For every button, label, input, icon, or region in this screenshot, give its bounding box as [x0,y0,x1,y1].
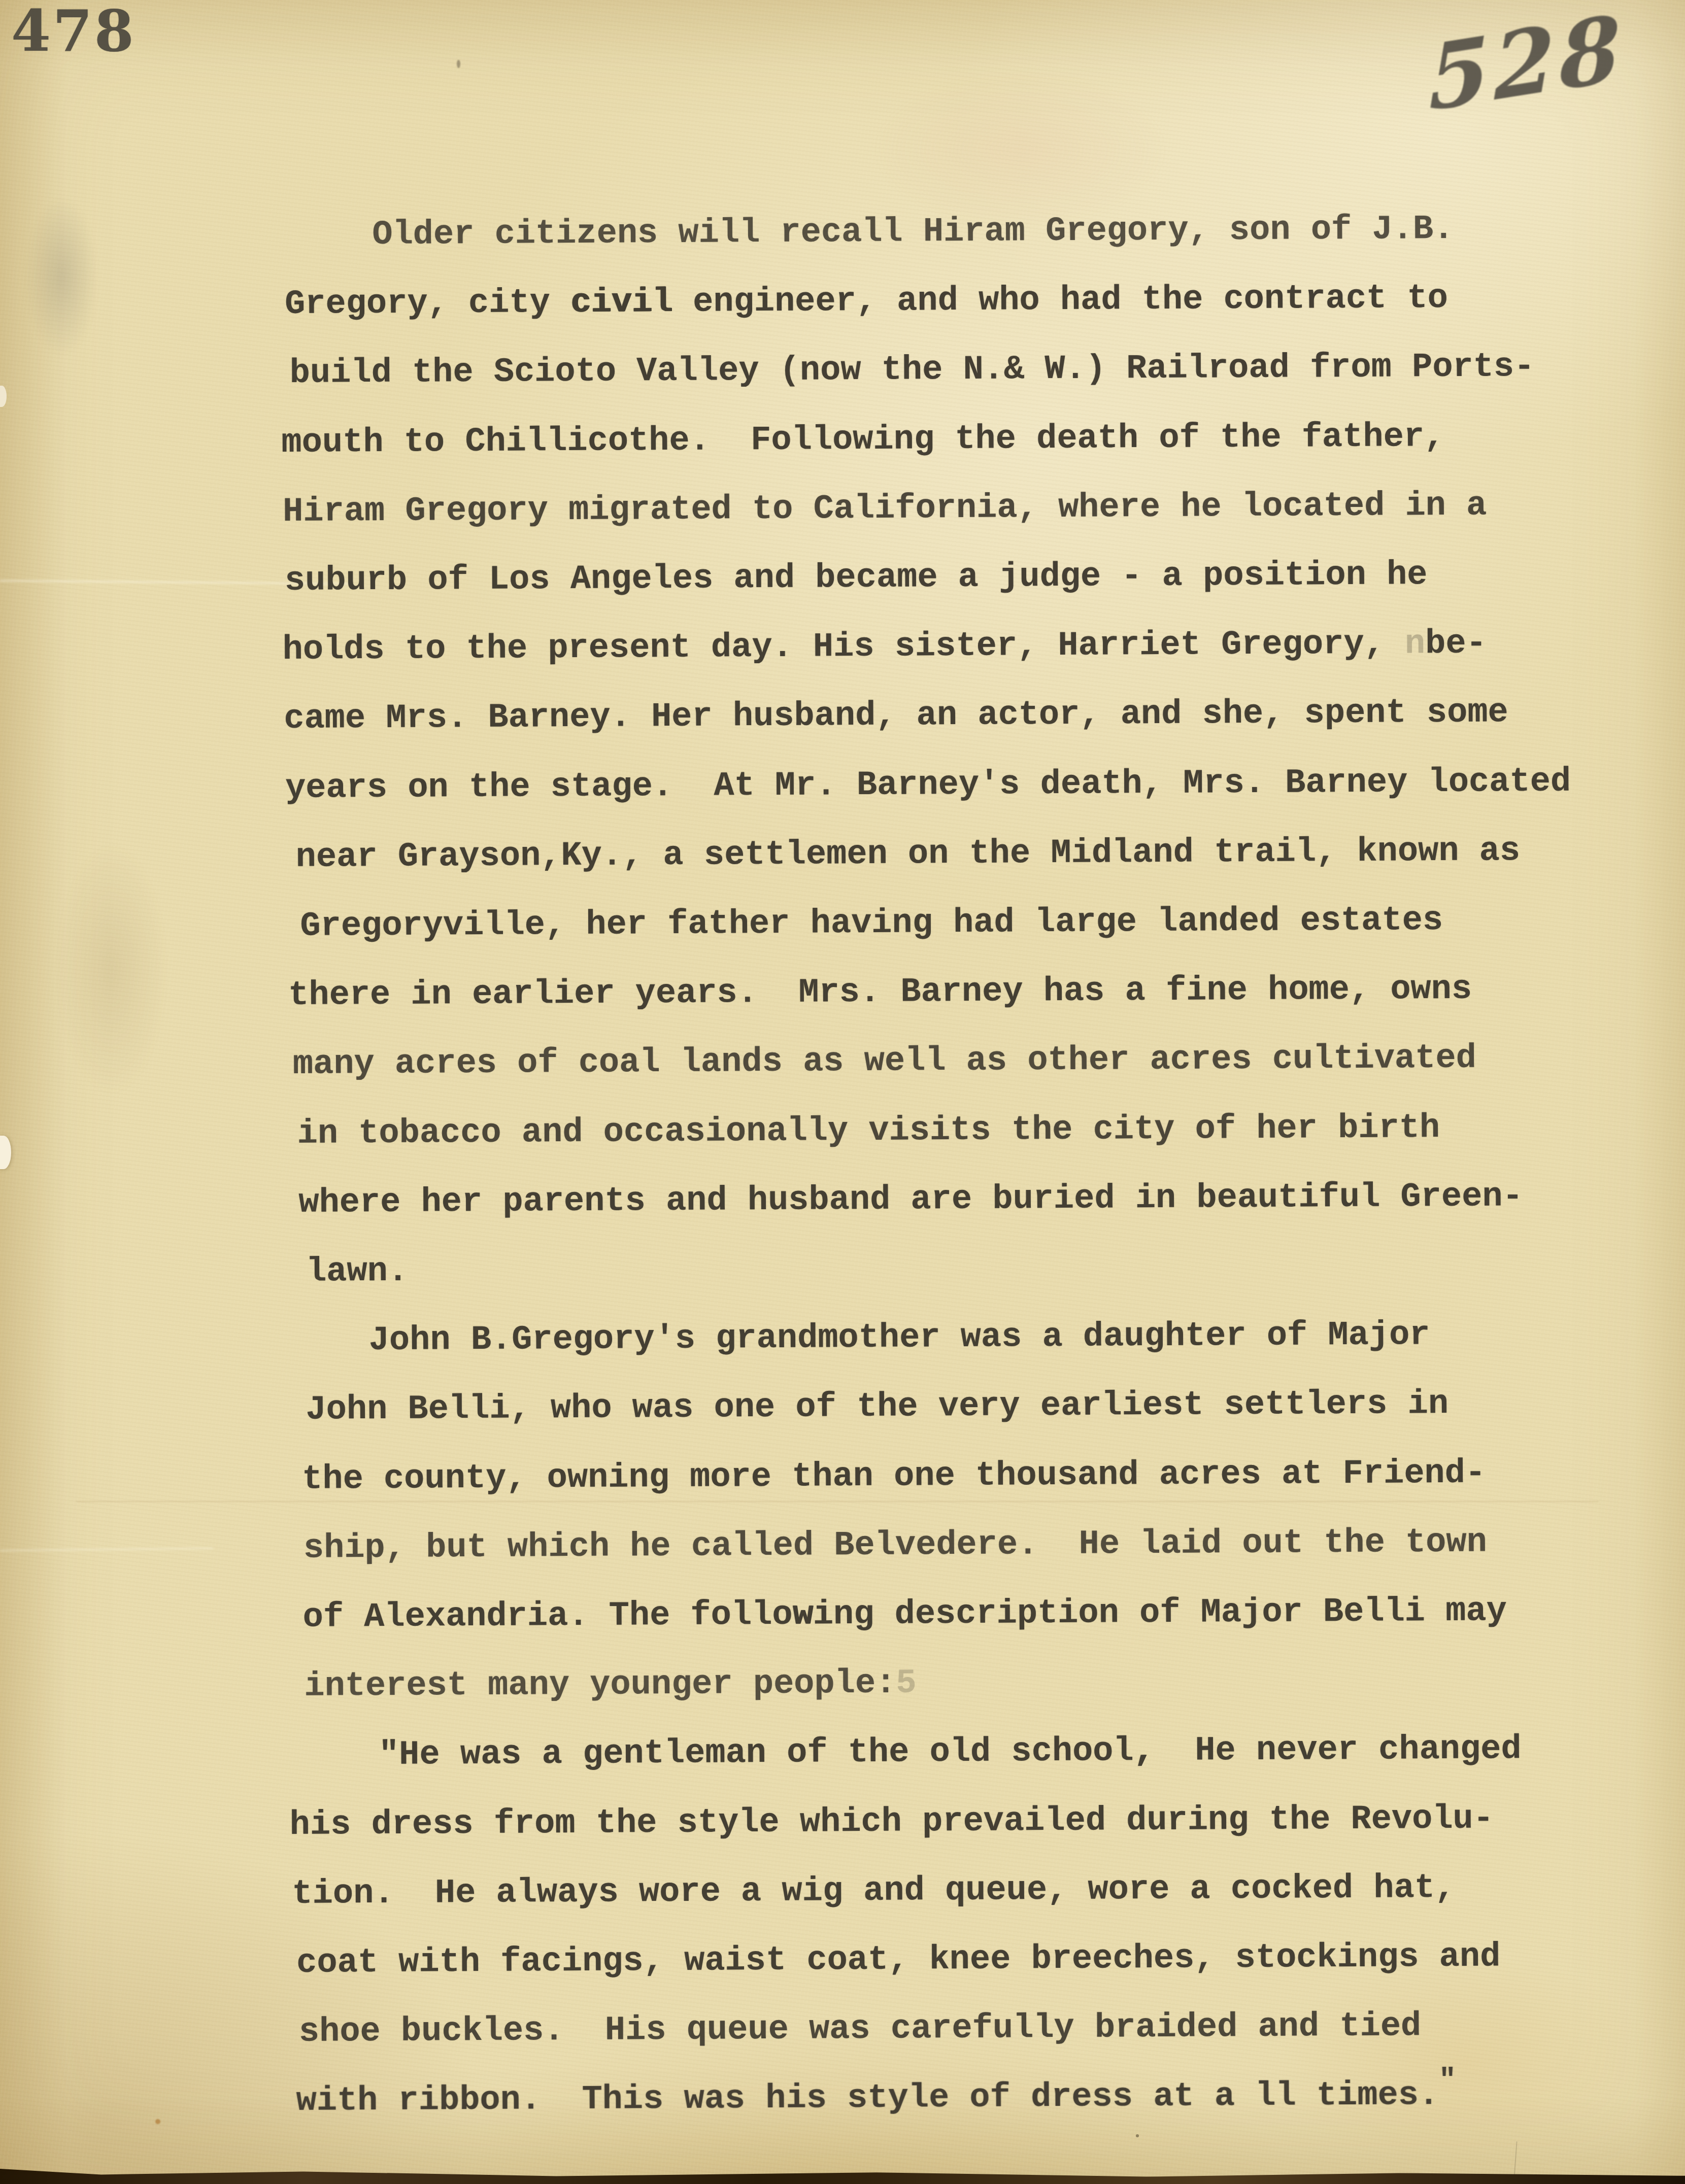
typed-segment: many acres of coal lands as well as othe… [293,1039,1476,1084]
typed-segment: suburb of Los Angeles and became a judge… [285,556,1428,600]
typed-segment: interest many younger people: [304,1664,896,1706]
printed-page-number: 478 [11,0,136,64]
typed-segment: of Alexandria. The follo [302,1596,792,1637]
typed-line: Gregoryville, her father having had larg… [300,885,1572,961]
typed-line: where her parents and husband are buried… [298,1162,1573,1238]
typed-segment: with ribbon. This was his style of dress… [296,2076,1439,2121]
typed-segment: He never changed [1154,1730,1522,1771]
typed-text-block: Older citizens will recall Hiram Gregory… [280,194,1578,2138]
typed-line: in tobacco and occasionally visits the c… [297,1093,1573,1168]
typed-line: there in earlier years. Mrs. Barney has … [288,954,1572,1030]
typed-line: John B.Gregory's grandmother was a daugh… [368,1300,1574,1376]
paper-speck [457,60,460,68]
typed-line: of Alexandria. The following description… [302,1577,1575,1652]
paper-speck [1136,2134,1139,2137]
manuscript-page-scan: 478 528 Older citizens will recall Hiram… [0,0,1685,2184]
typed-line: with ribbon. This was his style of dress… [296,2060,1578,2137]
typed-segment: shoe buckles. His queue was carefully br… [299,2007,1422,2052]
typed-line: Gregory, city civil engineer, and who ha… [285,263,1569,339]
typed-line: "He was a gentleman of the old school, H… [379,1715,1576,1790]
typed-segment: his dress from the style which prevailed… [290,1799,1494,1844]
typed-line: the county, owning more than one thousan… [302,1438,1575,1514]
typed-segment: Gregoryville, her father having had larg… [300,901,1443,946]
typed-segment: near Grayson,Ky., a settlemen on the Mid… [296,832,1521,877]
typed-line: mouth to Chillicothe. Following the deat… [281,401,1569,477]
typed-segment: build the Scioto Valley (now the N.& W.)… [290,348,1535,393]
typed-segment-sup: " [1439,2046,1457,2115]
typed-segment: Hiram Gregory migrated to California, wh… [283,486,1487,531]
typed-line: interest many younger people:5 [304,1646,1576,1721]
typed-segment: tion. He always wore a wig and queue, wo… [292,1869,1455,1914]
typed-segment-ov: civil [570,283,672,322]
typed-line: John Belli, who was one of the very earl… [306,1369,1574,1445]
typed-line: holds to the present day. His sister, Ha… [282,609,1570,685]
typed-segment: the county, owning more than one thousan… [302,1454,1486,1498]
typed-line: shoe buckles. His queue was carefully br… [299,1991,1578,2067]
typed-segment: where her parents and husband are buried… [298,1177,1523,1222]
typed-segment: ship, but which he called Belvedere. He … [304,1523,1487,1567]
typed-segment: coat with facings, waist coat, knee bree… [296,1938,1501,1983]
typed-segment: ing description of Major Belli may [813,1592,1507,1634]
typed-segment: Older citizens will recall Hiram Gregory… [372,210,1454,254]
typed-line: coat with facings, waist coat, knee bree… [296,1922,1577,1998]
typed-segment: in tobacco and occasionally visits the c… [297,1109,1440,1153]
typed-segment-ov: , [1133,1732,1154,1770]
typed-line: lawn. [306,1231,1574,1307]
typed-segment: there in earlier years. Mrs. Barney has … [288,970,1472,1015]
typed-line: came Mrs. Barney. Her husband, an actor,… [284,678,1571,754]
typed-segment-faint: 5 [896,1664,917,1703]
typed-segment: came Mrs. Barney. Her husband, an actor,… [284,694,1508,739]
typed-line: many acres of coal lands as well as othe… [293,1023,1573,1099]
typed-line: near Grayson,Ky., a settlemen on the Mid… [295,816,1571,892]
typed-line: ship, but which he called Belvedere. He … [304,1508,1575,1583]
typed-segment: "He was a gentleman of the old school [379,1732,1134,1775]
typed-segment: be- [1425,625,1487,664]
typed-line: his dress from the style which prevailed… [289,1784,1576,1859]
paper-smudge [26,198,97,355]
typed-segment-ov: w [792,1596,813,1634]
typed-line: Hiram Gregory migrated to California, wh… [283,471,1570,547]
typed-line: Older citizens will recall Hiram Gregory… [372,194,1568,270]
typed-segment: engineer, and who had the contract to [672,279,1448,322]
paper-speck [155,2119,160,2124]
typed-segment: years on the stage. At Mr. Barney's deat… [285,762,1571,807]
typed-segment: John Belli, who was one of the very earl… [306,1385,1448,1429]
typed-line: build the Scioto Valley (now the N.& W.)… [289,332,1569,408]
typed-line: tion. He always wore a wig and queue, wo… [292,1853,1577,1929]
paper-stain [56,842,167,1096]
typed-segment: Gregory, city [285,284,570,324]
typed-segment-faint: n [1405,625,1426,663]
typed-segment: John B.Gregory's grandmother was a daugh… [369,1316,1430,1360]
typed-segment: mouth to Chillicothe. Following the deat… [281,418,1444,462]
typed-line: years on the stage. At Mr. Barney's deat… [285,747,1571,823]
typed-segment: holds to the present day. His sister, Ha… [282,625,1405,670]
typed-segment: lawn. [306,1252,408,1291]
typed-line: suburb of Los Angeles and became a judge… [285,540,1570,616]
